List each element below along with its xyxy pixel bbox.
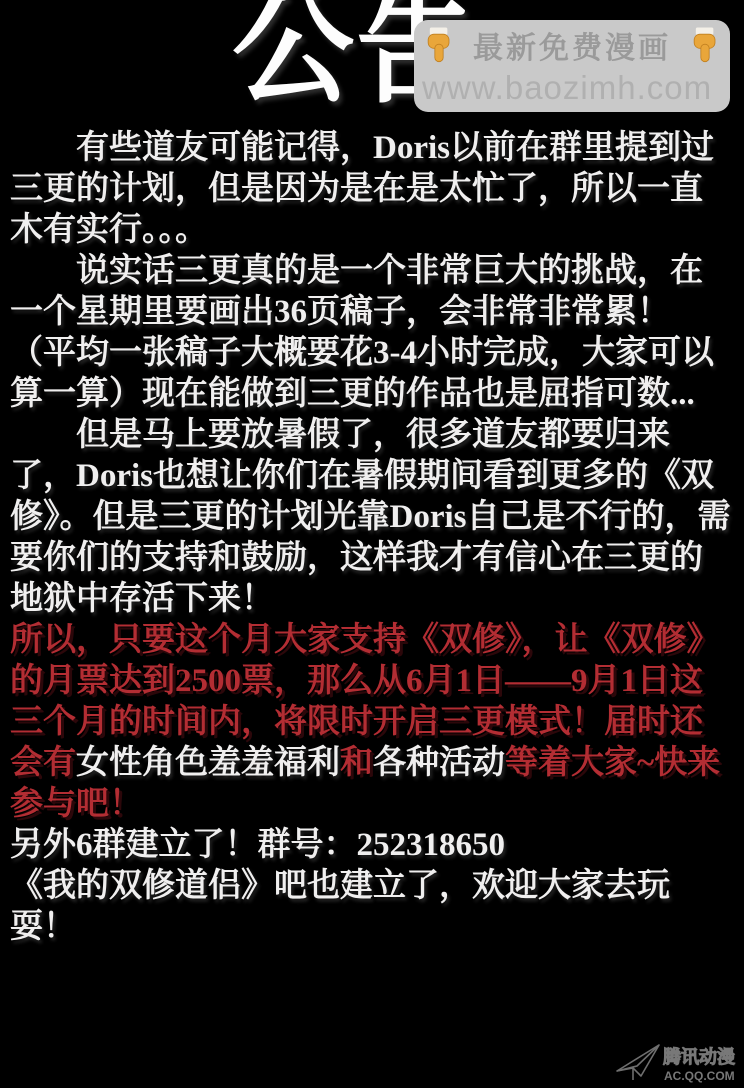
promo-seg-white-1: 女性角色羞羞福利: [76, 745, 340, 781]
announcement-body: 有些道友可能记得，Doris以前在群里提到过三更的计划，但是因为是在是太忙了，所…: [10, 128, 734, 948]
logo-url: AC.QQ.COM: [664, 1069, 735, 1083]
paragraph-2: 说实话三更真的是一个非常巨大的挑战，在一个星期里要画出36页稿子，会非常非常累！…: [10, 251, 734, 415]
promo-paragraph: 所以，只要这个月大家支持《双修》，让《双修》的月票达到2500票，那么从6月1日…: [10, 620, 734, 825]
logo-name: 腾讯动漫: [663, 1046, 735, 1067]
promo-seg-red-2: 和: [340, 745, 373, 781]
tencent-comics-logo: 腾讯动漫 AC.QQ.COM: [614, 1040, 742, 1086]
paragraph-1: 有些道友可能记得，Doris以前在群里提到过三更的计划，但是因为是在是太忙了，所…: [10, 128, 734, 251]
pointing-down-icon: [424, 27, 454, 63]
paper-plane-icon: [617, 1045, 659, 1080]
qq-group-info: 另外6群建立了！群号：252318650: [10, 825, 734, 866]
watermark-row1: 最新免费漫画: [414, 24, 730, 66]
promo-seg-white-2: 各种活动: [373, 745, 505, 781]
watermark-url: www.baozimh.com: [414, 68, 730, 108]
paragraph-3: 但是马上要放暑假了，很多道友都要归来了，Doris也想让你们在暑假期间看到更多的…: [10, 415, 734, 620]
site-watermark: 最新免费漫画 www.baozimh.com: [414, 20, 730, 112]
pointing-down-icon: [690, 27, 720, 63]
tieba-info: 《我的双修道侣》吧也建立了，欢迎大家去玩耍！: [10, 866, 734, 948]
watermark-text: 最新免费漫画: [473, 23, 671, 67]
